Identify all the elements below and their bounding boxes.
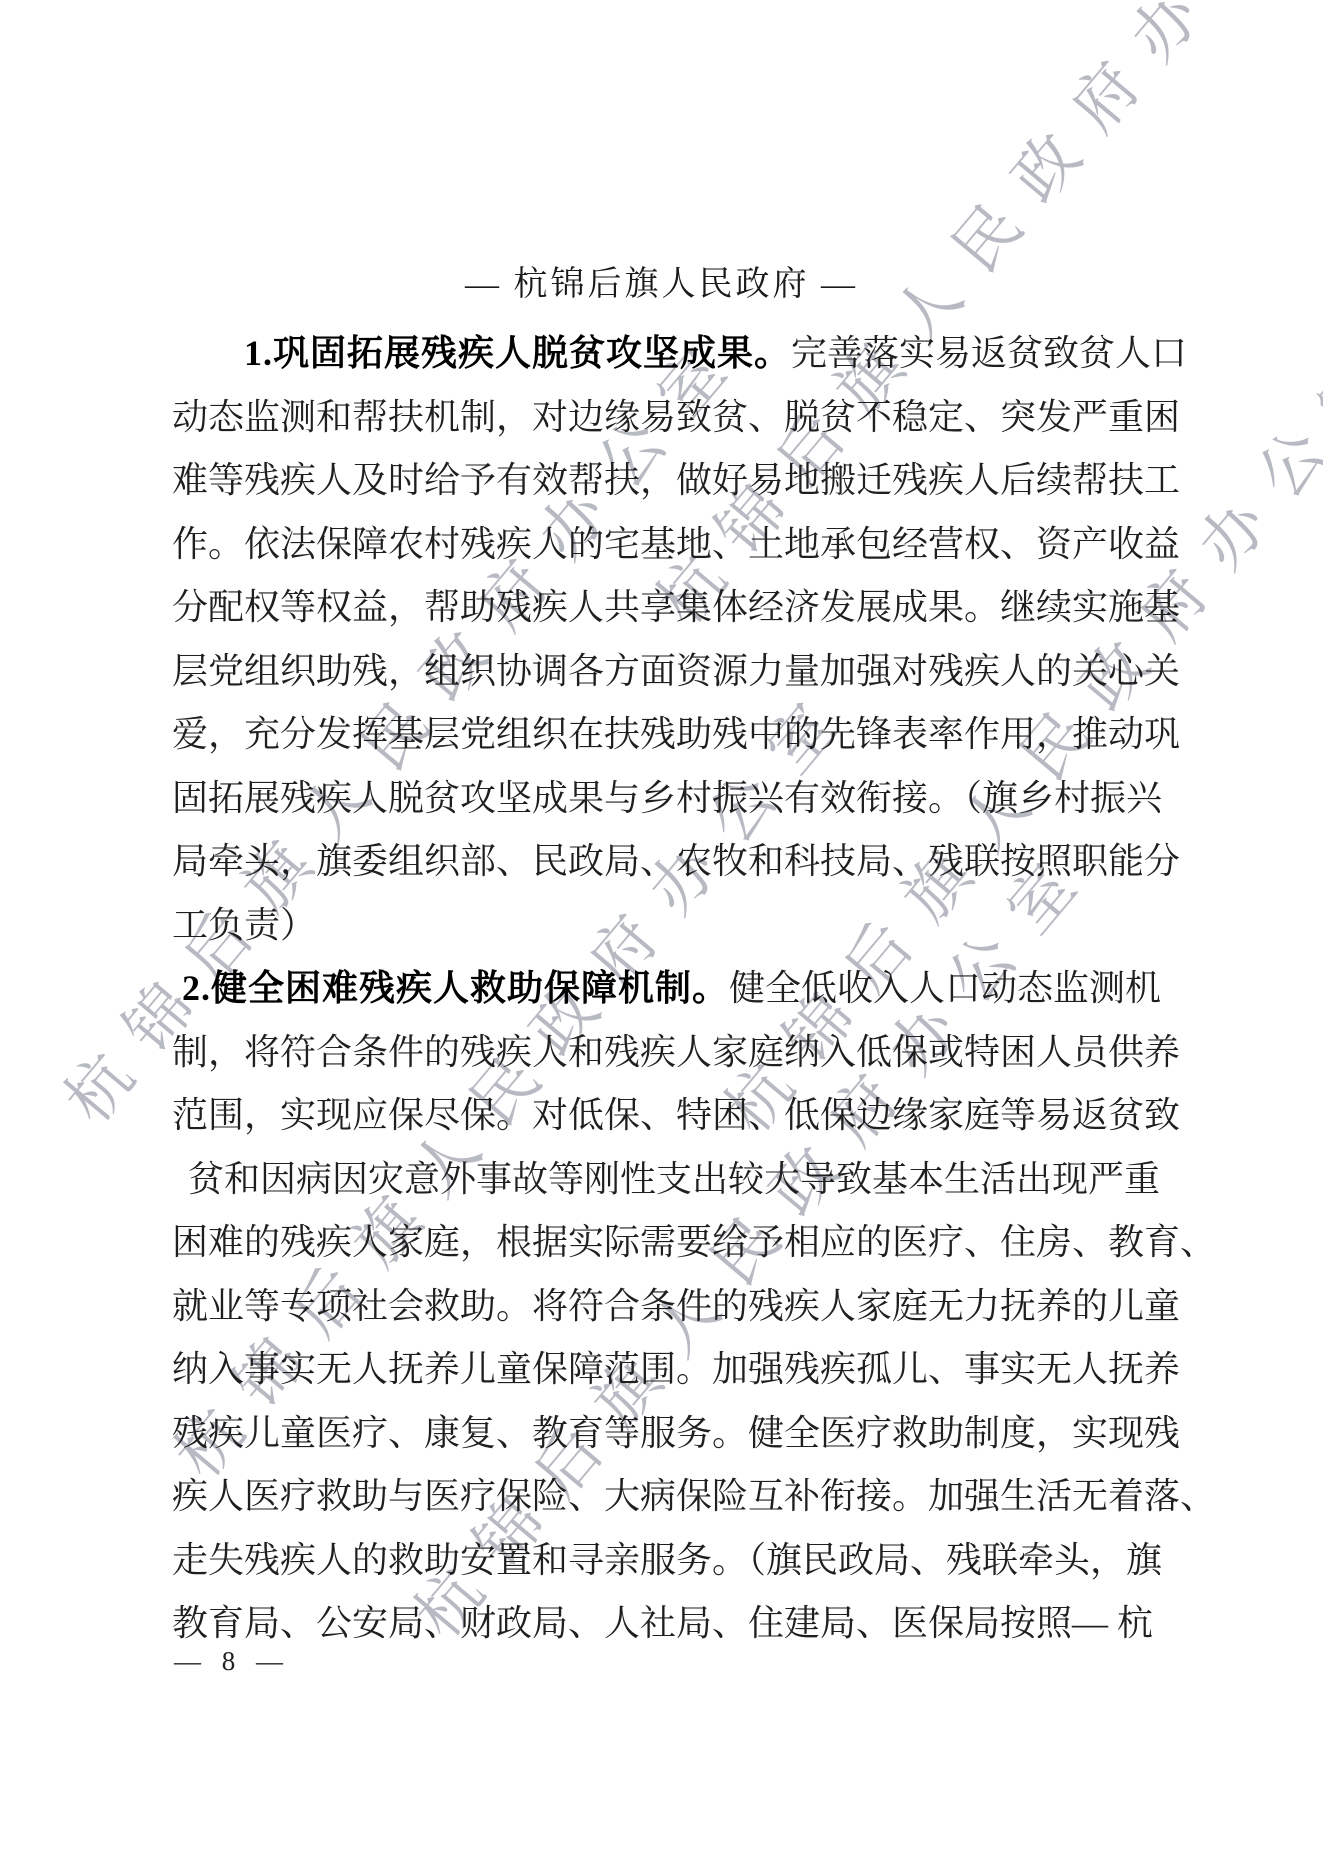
paragraph-text: 就业等专项社会救助。将符合条件的残疾人家庭无力抚养的儿童	[172, 1286, 1180, 1326]
paragraph-text: 局牵头，旗委组织部、民政局、农牧和科技局、残联按照职能分	[172, 841, 1180, 881]
paragraph-text: 作。依法保障农村残疾人的宅基地、土地承包经营权、资产收益	[172, 524, 1180, 564]
page-number: — 8 —	[174, 1646, 290, 1677]
paragraph-text: 疾人医疗救助与医疗保险、大病保险互补衔接。加强生活无着落、	[172, 1476, 1216, 1516]
body-line: 残疾儿童医疗、康复、教育等服务。健全医疗救助制度，实现残	[172, 1402, 1202, 1466]
body-line: 1.巩固拓展残疾人脱贫攻坚成果。完善落实易返贫致贫人口	[172, 322, 1202, 386]
paragraph-text: 制，将符合条件的残疾人和残疾人家庭纳入低保或特困人员供养	[172, 1032, 1180, 1072]
paragraph-text: 分配权等权益，帮助残疾人共享集体经济发展成果。继续实施基	[172, 587, 1180, 627]
body-line: 作。依法保障农村残疾人的宅基地、土地承包经营权、资产收益	[172, 513, 1202, 577]
body-line: 疾人医疗救助与医疗保险、大病保险互补衔接。加强生活无着落、	[172, 1465, 1202, 1529]
paragraph-text: 纳入事实无人抚养儿童保障范围。加强残疾孤儿、事实无人抚养	[172, 1349, 1180, 1389]
body-line: 纳入事实无人抚养儿童保障范围。加强残疾孤儿、事实无人抚养	[172, 1338, 1202, 1402]
paragraph-text: 贫和因病因灾意外事故等刚性支出较大导致基本生活出现严重	[188, 1159, 1160, 1199]
paragraph-heading: 1.巩固拓展残疾人脱贫攻坚成果。	[244, 333, 791, 373]
paragraph-text: 固拓展残疾人脱贫攻坚成果与乡村振兴有效衔接。（旗乡村振兴	[172, 778, 1162, 818]
paragraph-text: 难等残疾人及时给予有效帮扶，做好易地搬迁残疾人后续帮扶工	[172, 460, 1180, 500]
body-line: 爱，充分发挥基层党组织在扶残助残中的先锋表率作用，推动巩	[172, 703, 1202, 767]
body-line: 贫和因病因灾意外事故等刚性支出较大导致基本生活出现严重	[172, 1148, 1202, 1212]
paragraph-text: 工负责）	[172, 905, 316, 945]
body-line: 就业等专项社会救助。将符合条件的残疾人家庭无力抚养的儿童	[172, 1275, 1202, 1339]
body-line: 范围，实现应保尽保。对低保、特困、低保边缘家庭等易返贫致	[172, 1084, 1202, 1148]
paragraph-text: 走失残疾人的救助安置和寻亲服务。（旗民政局、残联牵头，旗	[172, 1540, 1162, 1580]
body-line: 分配权等权益，帮助残疾人共享集体经济发展成果。继续实施基	[172, 576, 1202, 640]
paragraph-text: 健全低收入人口动态监测机	[729, 968, 1161, 1008]
paragraph-text: 教育局、公安局、财政局、人社局、住建局、医保局按照— 杭	[172, 1603, 1153, 1643]
paragraph-text: 困难的残疾人家庭，根据实际需要给予相应的医疗、住房、教育、	[172, 1222, 1216, 1262]
body-line: 走失残疾人的救助安置和寻亲服务。（旗民政局、残联牵头，旗	[172, 1529, 1202, 1593]
paragraph-text: 残疾儿童医疗、康复、教育等服务。健全医疗救助制度，实现残	[172, 1413, 1180, 1453]
body-line: 制，将符合条件的残疾人和残疾人家庭纳入低保或特困人员供养	[172, 1021, 1202, 1085]
paragraph-text: 范围，实现应保尽保。对低保、特困、低保边缘家庭等易返贫致	[172, 1095, 1180, 1135]
paragraph-text: 层党组织助残，组织协调各方面资源力量加强对残疾人的关心关	[172, 651, 1180, 691]
paragraph-text: 完善落实易返贫致贫人口	[791, 333, 1187, 373]
document-page: 杭锦后旗人民政府办公室杭锦后旗人民政府办公室杭锦后旗人民政府办公室杭锦后旗人民政…	[0, 0, 1323, 1871]
body-line: 局牵头，旗委组织部、民政局、农牧和科技局、残联按照职能分	[172, 830, 1202, 894]
body-line: 动态监测和帮扶机制，对边缘易致贫、脱贫不稳定、突发严重困	[172, 386, 1202, 450]
paragraph-text: 动态监测和帮扶机制，对边缘易致贫、脱贫不稳定、突发严重困	[172, 397, 1180, 437]
body-line: 难等残疾人及时给予有效帮扶，做好易地搬迁残疾人后续帮扶工	[172, 449, 1202, 513]
body-line: 层党组织助残，组织协调各方面资源力量加强对残疾人的关心关	[172, 640, 1202, 704]
paragraph-text: 爱，充分发挥基层党组织在扶残助残中的先锋表率作用，推动巩	[172, 714, 1180, 754]
body-line: 困难的残疾人家庭，根据实际需要给予相应的医疗、住房、教育、	[172, 1211, 1202, 1275]
body-line: 教育局、公安局、财政局、人社局、住建局、医保局按照— 杭	[172, 1592, 1202, 1656]
paragraph-heading: 2.健全困难残疾人救助保障机制。	[182, 968, 729, 1008]
body-line: 工负责）	[172, 894, 1202, 958]
running-header: — 杭锦后旗人民政府 —	[0, 256, 1323, 305]
body-line: 2.健全困难残疾人救助保障机制。健全低收入人口动态监测机	[172, 957, 1202, 1021]
document-body: 1.巩固拓展残疾人脱贫攻坚成果。完善落实易返贫致贫人口动态监测和帮扶机制，对边缘…	[172, 322, 1202, 1656]
body-line: 固拓展残疾人脱贫攻坚成果与乡村振兴有效衔接。（旗乡村振兴	[172, 767, 1202, 831]
